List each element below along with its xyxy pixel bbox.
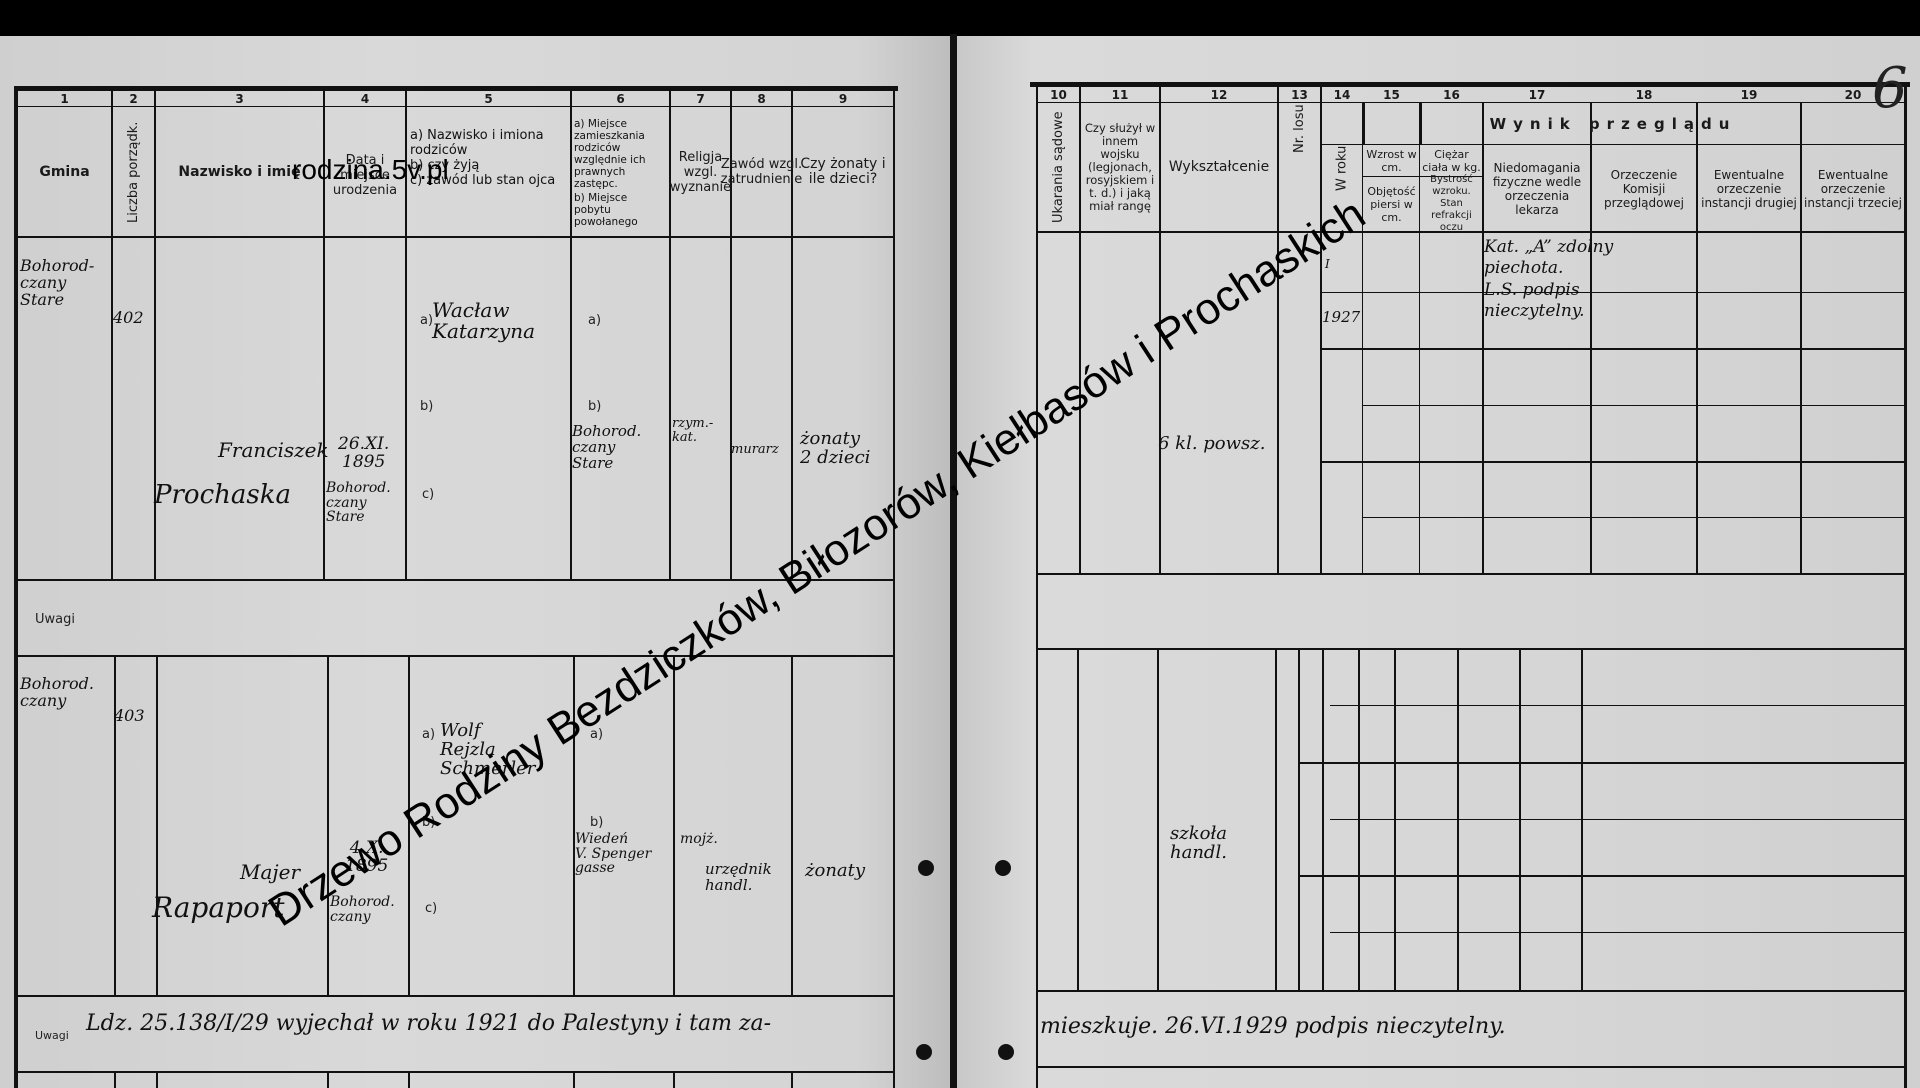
- header-weight: Ciężar ciała w kg.: [1421, 146, 1482, 176]
- header-physical-defects: Niedomagania fizyczne wedle orzeczenia l…: [1486, 146, 1588, 231]
- label-c: c): [422, 487, 434, 502]
- label-b: b): [590, 815, 603, 830]
- binding-hole: [916, 1044, 932, 1060]
- review-result-header: Wynik przeglądu: [1322, 104, 1904, 144]
- col-number-3: 3: [156, 92, 323, 106]
- remarks-label: Uwagi: [35, 1029, 69, 1042]
- col-number-2: 2: [113, 92, 154, 106]
- record-birth-date: 26.XI. 1895: [338, 436, 389, 472]
- record-gmina: Bohorod. czany: [20, 676, 94, 710]
- col-number-19: 19: [1698, 88, 1800, 102]
- col-number-9: 9: [793, 92, 893, 106]
- col-number-16: 16: [1421, 88, 1482, 102]
- col-number-8: 8: [732, 92, 791, 106]
- record-occupation: urzędnik handl.: [705, 862, 772, 894]
- header-marital: Czy żonaty i ile dzieci?: [797, 108, 889, 236]
- col-number-18: 18: [1592, 88, 1696, 102]
- header-ordinal-number: Liczba porządk.: [113, 108, 154, 236]
- record-remarks: Ldz. 25.138/I/29 wyjechał w roku 1921 do…: [86, 1012, 771, 1035]
- header-eyesight: Bystrość wzroku. Stan refrakcji oczu: [1421, 177, 1482, 231]
- header-religion: Religja wzgl. wyznanie: [673, 108, 728, 236]
- col-number-4: 4: [325, 92, 405, 106]
- record-gmina: Bohorod- czany Stare: [20, 258, 94, 308]
- header-residence-a: a) Miejsce zamieszkania rodziców względn…: [574, 118, 667, 190]
- label-b: b): [420, 399, 433, 414]
- header-other-army: Czy służył w innem wojsku (legjonach, ro…: [1083, 104, 1157, 231]
- binding-hole: [918, 860, 934, 876]
- header-chest: Objętość piersi w cm.: [1364, 177, 1419, 231]
- header-gmina: Gmina: [18, 108, 111, 236]
- record-year: 1927: [1322, 310, 1360, 326]
- col-number-1: 1: [18, 92, 111, 106]
- record-occupation: murarz: [731, 443, 779, 457]
- label-a: a): [422, 727, 435, 742]
- record-verdict: Kat. „A” zdolny piechota. L.S. podpis ni…: [1484, 237, 1613, 322]
- col-number-17: 17: [1484, 88, 1590, 102]
- record-marital: żonaty: [805, 862, 865, 881]
- record-remarks-continuation: mieszkuje. 26.VI.1929 podpis nieczytelny…: [1040, 1015, 1506, 1038]
- binding-hole: [998, 1044, 1014, 1060]
- header-third-instance: Ewentualne orzeczenie instancji trzeciej: [1804, 146, 1902, 231]
- book-gutter: [950, 34, 957, 1088]
- record-religion: rzym.- kat.: [672, 417, 713, 444]
- record-first-name: Franciszek: [218, 440, 329, 461]
- record-number: 403: [114, 708, 145, 725]
- col-number-15: 15: [1364, 88, 1419, 102]
- col-number-10: 10: [1038, 88, 1079, 102]
- header-residence-b: b) Miejsce pobytu powołanego: [574, 192, 667, 228]
- record-education: szkoła handl.: [1170, 825, 1227, 863]
- header-second-instance: Ewentualne orzeczenie instancji drugiej: [1700, 146, 1798, 231]
- col-number-5: 5: [407, 92, 570, 106]
- header-residence: a) Miejsce zamieszkania rodziców względn…: [574, 118, 667, 228]
- label-b: b): [588, 399, 601, 414]
- record-surname: Prochaska: [154, 482, 291, 509]
- col-number-7: 7: [671, 92, 730, 106]
- record-number: 402: [113, 310, 144, 327]
- record-education: 6 kl. powsz.: [1158, 435, 1266, 454]
- watermark-site: rodzina.5v.pl: [292, 154, 449, 186]
- label-a: a): [588, 313, 601, 328]
- record-religion: mojż.: [680, 832, 718, 847]
- label-c: c): [425, 901, 437, 916]
- record-marital: żonaty 2 dzieci: [800, 430, 870, 468]
- header-education: Wykształcenie: [1161, 104, 1277, 231]
- col-number-11: 11: [1081, 88, 1159, 102]
- header-occupation: Zawód wzgl. zatrudnienie: [734, 108, 789, 236]
- header-height: Wzrost w cm.: [1364, 146, 1419, 176]
- record-residence-b: Bohorod. czany Stare: [572, 424, 641, 471]
- record-residence-b: Wiedeń V. Spenger gasse: [575, 832, 651, 876]
- col-number-14: 14: [1322, 88, 1362, 102]
- remarks-label: Uwagi: [35, 612, 75, 627]
- col-number-12: 12: [1161, 88, 1277, 102]
- header-convictions: Ukarania sądowe: [1038, 104, 1079, 231]
- header-commission-verdict: Orzeczenie Komisji przeglądowej: [1594, 146, 1694, 231]
- page-number: 6: [1872, 60, 1908, 119]
- record-birth-place: Bohorod. czany Stare: [326, 481, 391, 525]
- col-number-6: 6: [572, 92, 669, 106]
- col-number-13: 13: [1279, 88, 1320, 102]
- record-parents-a: Wacław Katarzyna: [432, 300, 535, 342]
- binding-hole: [995, 860, 1011, 876]
